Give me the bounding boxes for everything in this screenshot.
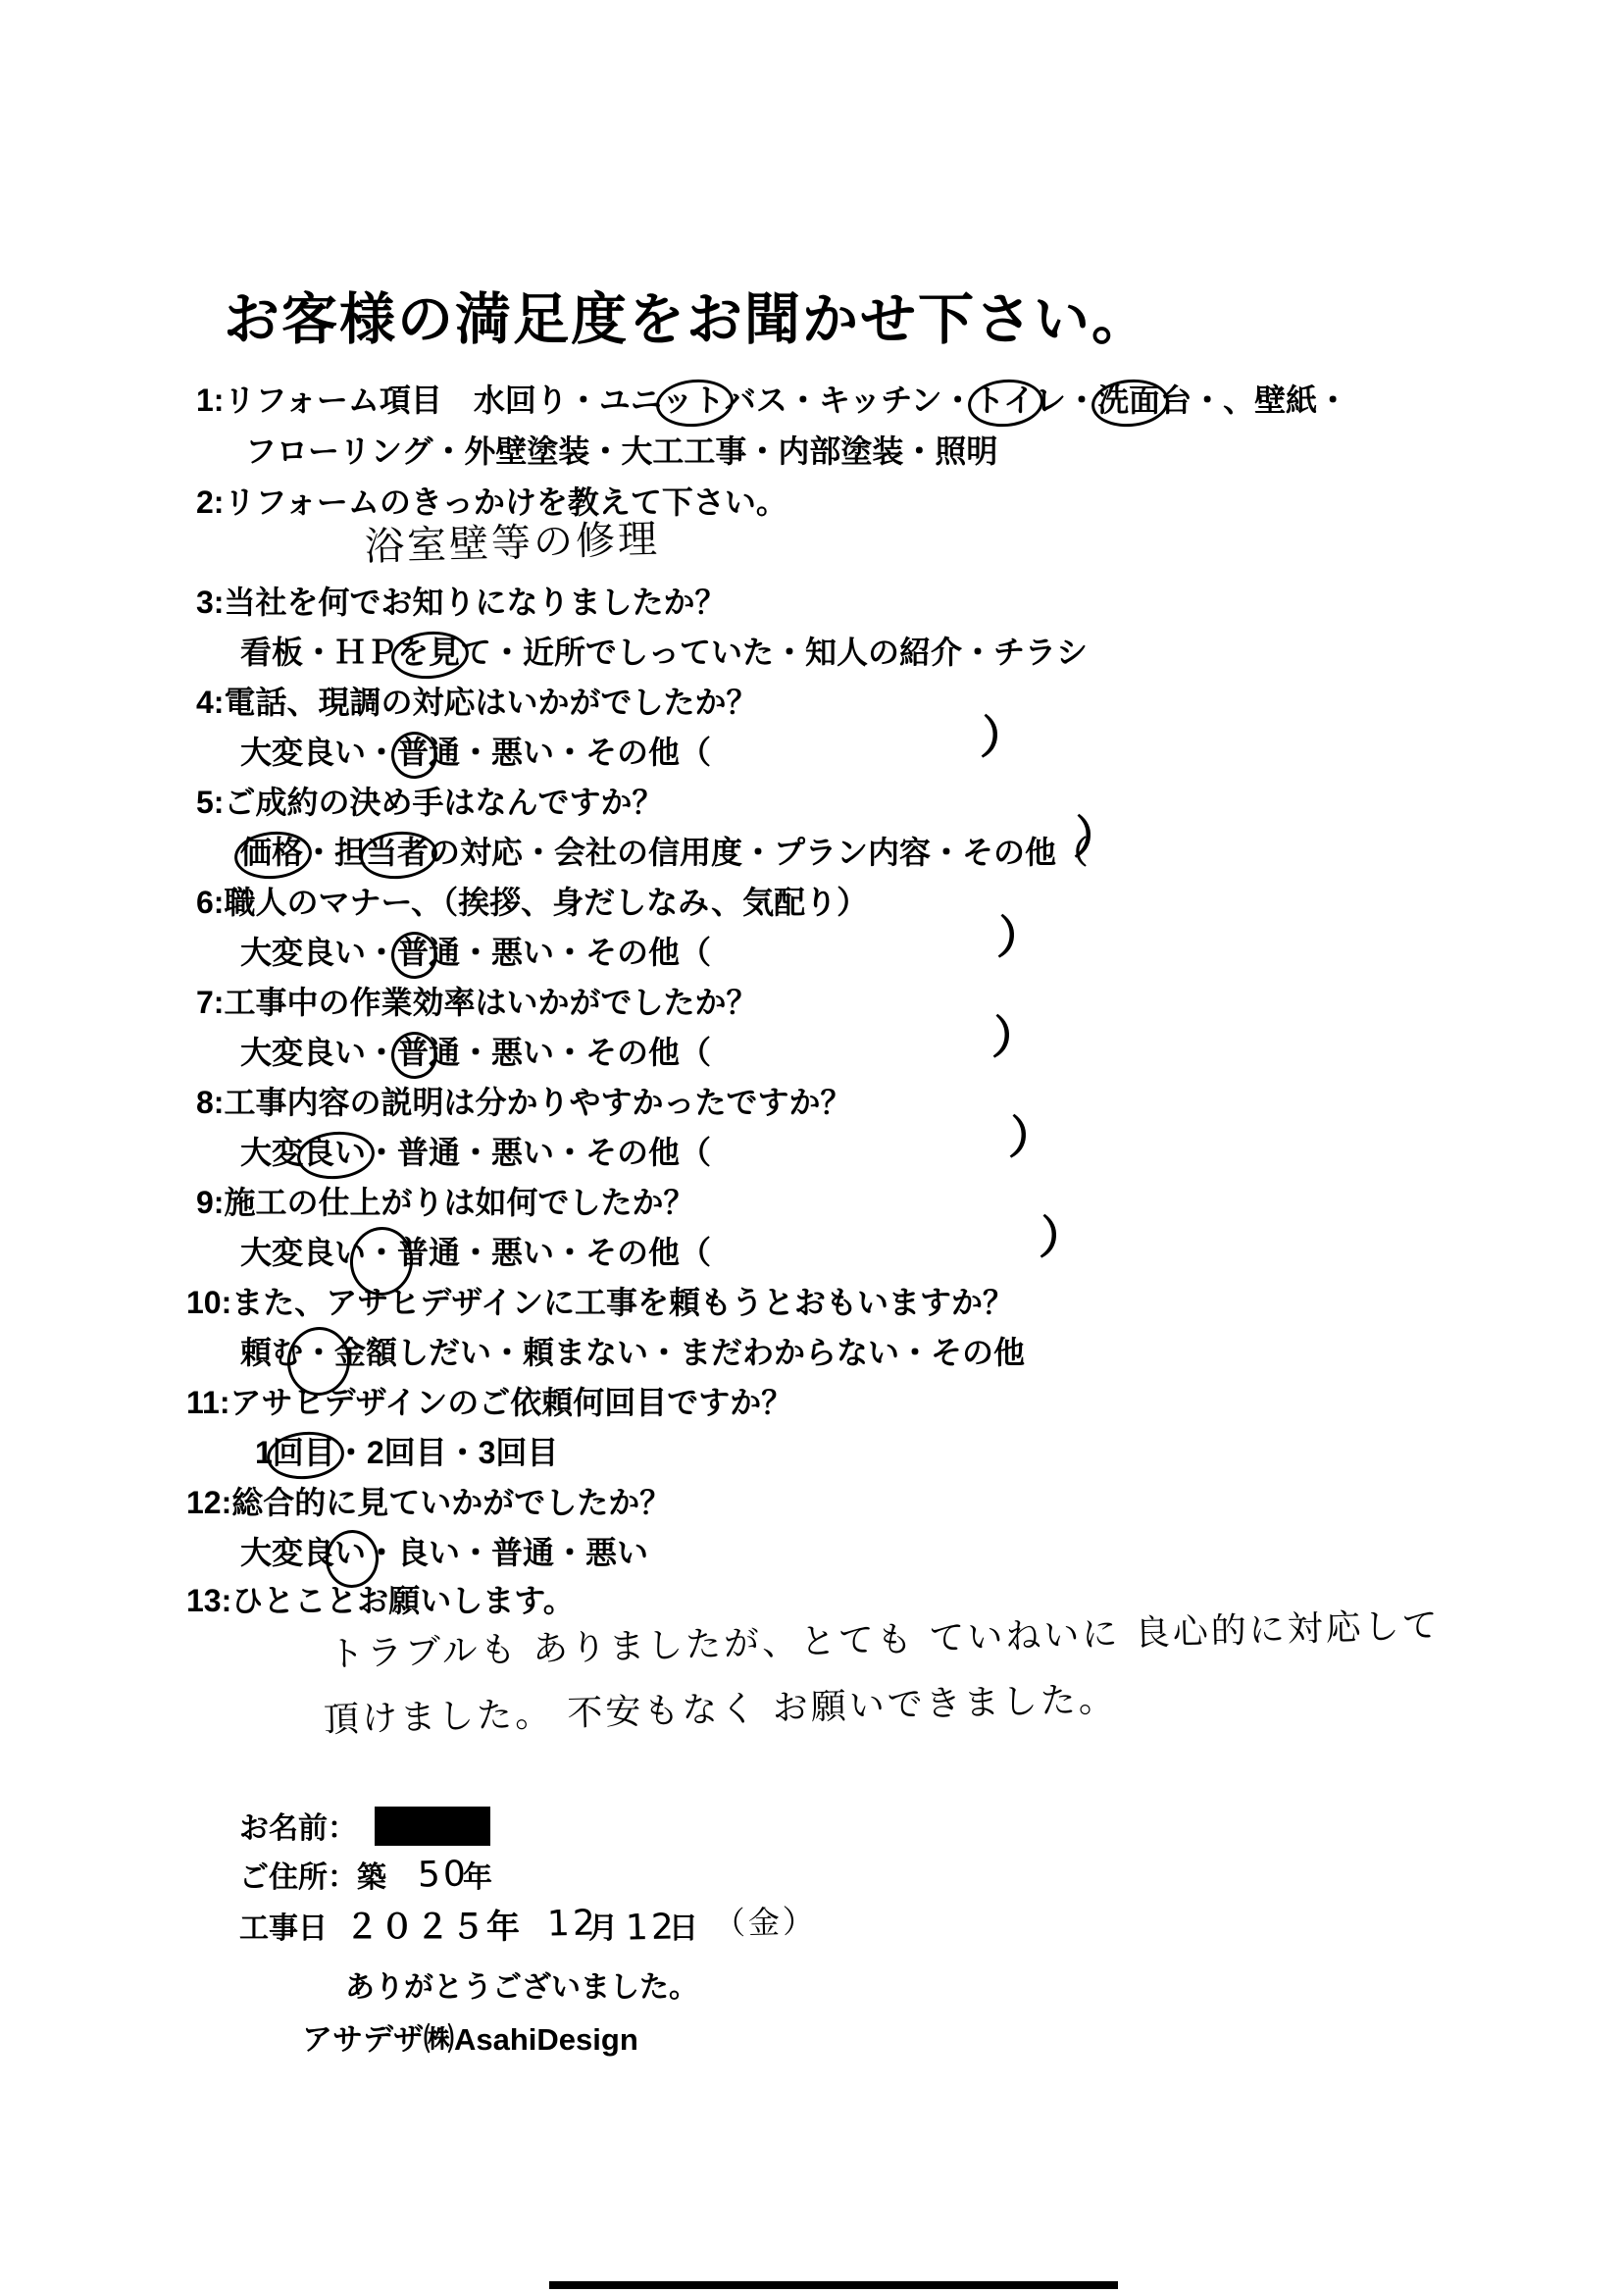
q6-seg2: 通・悪い・その他（ [429, 935, 711, 970]
q2-answer-handwritten: 浴室壁等の修理 [365, 520, 661, 567]
q3-options: 看板・ＨＰを見て・近所でしっていた・知人の紹介・チラシ [240, 637, 1088, 668]
q11-seg2: ・2回目・3回目 [335, 1435, 559, 1470]
q2-header: 2:リフォームのきっかけを教えて下さい。 [196, 486, 787, 518]
q1-seg2: バス・キッチン・ [725, 382, 974, 418]
q1-seg4: レ・ [1035, 382, 1097, 418]
q9-close-paren: ） [1038, 1214, 1086, 1262]
q6-header: 6:職人のマナー、（挨拶、身だしなみ、気配り） [196, 887, 868, 918]
q5-close-paren: ） [1072, 814, 1120, 862]
q8-close-paren: ） [1007, 1114, 1055, 1162]
q9-seg2: 普通・悪い・その他（ [397, 1235, 711, 1270]
q1-seg6: 台・、壁紙・ [1160, 382, 1348, 418]
q8-header: 8:工事内容の説明は分かりやすかったですか？ [196, 1087, 851, 1118]
q1-header-options-line1: 1:リフォーム項目 水回り・ユニットバス・キッチン・トイレ・洗面台・、壁紙・ [196, 384, 1348, 416]
q8-options: 大変良い・普通・悪い・その他（ [240, 1137, 711, 1168]
q4-close-paren: ） [979, 714, 1027, 762]
q11-circle-first-time: 回目 [273, 1437, 335, 1468]
q4-options: 大変良い・普通・悪い・その他（ [240, 737, 711, 768]
q3-circle-hp: を見 [397, 637, 460, 668]
address-unit: 年 [463, 1863, 492, 1893]
q11-header: 11:アサヒデザインのご依頼何回目ですか？ [186, 1387, 792, 1418]
q13-answer-line1-handwritten: トラブルも ありましたが、とても ていねいに 良心的に対応して [329, 1608, 1441, 1673]
q1-options-line2: フローリング・外壁塗装・大工工事・内部塗装・照明 [245, 435, 997, 467]
q9-seg0: 大変良い [240, 1235, 366, 1270]
q10-options: 頼む・金額しだい・頼まない・まだわからない・その他 [240, 1337, 1025, 1368]
q4-seg0: 大変良い・ [240, 735, 397, 770]
q3-header: 3:当社を何でお知りになりましたか？ [196, 586, 726, 618]
q1-circle-washstand: 洗面 [1097, 384, 1160, 416]
page-title: お客様の満足度をお聞かせ下さい。 [224, 292, 1149, 348]
q8-seg2: ・普通・悪い・その他（ [366, 1135, 711, 1170]
work-date-label: 工事日 [239, 1914, 328, 1944]
q12-seg2: ・良い・普通・悪い [366, 1535, 648, 1570]
q3-seg0: 看板・ＨＰ [240, 635, 397, 670]
q12-options: 大変良い・良い・普通・悪い [240, 1537, 648, 1568]
q11-seg0: 1 [255, 1435, 273, 1470]
q11-options: 1回目・2回目・3回目 [255, 1437, 558, 1468]
q10-seg2: 金額しだい・頼まない・まだわからない・その他 [334, 1335, 1025, 1370]
q12-header: 12:総合的に見ていかがでしたか？ [186, 1487, 671, 1518]
q9-header: 9:施工の仕上がりは如何でしたか？ [196, 1187, 694, 1218]
q9-circle-mark: ・ [366, 1237, 397, 1268]
thanks-message: ありがとうございました。 [345, 1973, 698, 2003]
name-redaction-box [375, 1807, 490, 1846]
q13-answer-line2-handwritten: 頂けました。 不安もなく お願いできました。 [324, 1682, 1118, 1738]
q4-circle-futsuu: 普 [397, 737, 429, 768]
name-label: お名前： [239, 1814, 357, 1844]
q1-circle-unit-bath: ット [662, 384, 725, 416]
q8-seg0: 大変 [240, 1135, 303, 1170]
work-date-weekday-handwritten: （金） [714, 1906, 818, 1940]
q7-seg0: 大変良い・ [240, 1035, 397, 1070]
q7-options: 大変良い・普通・悪い・その他（ [240, 1037, 711, 1068]
q5-seg1: ・担 [303, 835, 366, 870]
q5-header: 5:ご成約の決め手はなんですか？ [196, 787, 663, 818]
address-value-handwritten: 50 [418, 1857, 470, 1893]
q6-seg0: 大変良い・ [240, 935, 397, 970]
q7-close-paren: ） [990, 1014, 1039, 1062]
q10-circle-tanomu: ・ [303, 1337, 334, 1368]
scan-artifact-bar [549, 2281, 1118, 2289]
q12-seg0: 大変良 [240, 1535, 334, 1570]
q10-header: 10:また、アサヒデザインに工事を頼もうとおもいますか？ [186, 1287, 1014, 1318]
work-date-year: ２０２５年 [345, 1911, 522, 1944]
q9-options: 大変良い・普通・悪い・その他（ [240, 1237, 711, 1268]
q5-seg3: の対応・会社の信用度・プラン内容・その他（ [429, 835, 1088, 870]
q6-options: 大変良い・普通・悪い・その他（ [240, 937, 711, 968]
q7-header: 7:工事中の作業効率はいかがでしたか？ [196, 987, 757, 1018]
q3-seg2: て・近所でしっていた・知人の紹介・チラシ [460, 635, 1088, 670]
q6-circle-futsuu: 普 [397, 937, 429, 968]
q13-header: 13:ひとことお願いします。 [186, 1585, 575, 1616]
q8-circle-yoi: 良い [303, 1137, 366, 1168]
q5-options: 価格・担当者の対応・会社の信用度・プラン内容・その他（ [240, 837, 1088, 868]
q12-circle-taihen-yoi: い [334, 1537, 366, 1568]
company-name: アサデザ㈱AsahiDesign [302, 2024, 638, 2055]
q1-seg0: 1:リフォーム項目 水回り・ユニ [196, 382, 662, 418]
q10-seg0: 頼む [240, 1335, 303, 1370]
scanned-survey-page: お客様の満足度をお聞かせ下さい。 1:リフォーム項目 水回り・ユニットバス・キッ… [0, 0, 1624, 2293]
q4-seg2: 通・悪い・その他（ [429, 735, 711, 770]
work-date-month-unit: 月 [588, 1914, 618, 1944]
address-label: ご住所：築 [239, 1863, 386, 1893]
q4-header: 4:電話、現調の対応はいかがでしたか？ [196, 687, 757, 718]
work-date-day-unit: 日 [669, 1914, 698, 1944]
q6-close-paren: ） [995, 914, 1043, 962]
q1-circle-toilet: トイ [974, 384, 1035, 416]
q5-circle-price: 価格 [240, 837, 303, 868]
q7-circle-futsuu: 普 [397, 1037, 429, 1068]
q7-seg2: 通・悪い・その他（ [429, 1035, 711, 1070]
q5-circle-staff: 当者 [366, 837, 429, 868]
